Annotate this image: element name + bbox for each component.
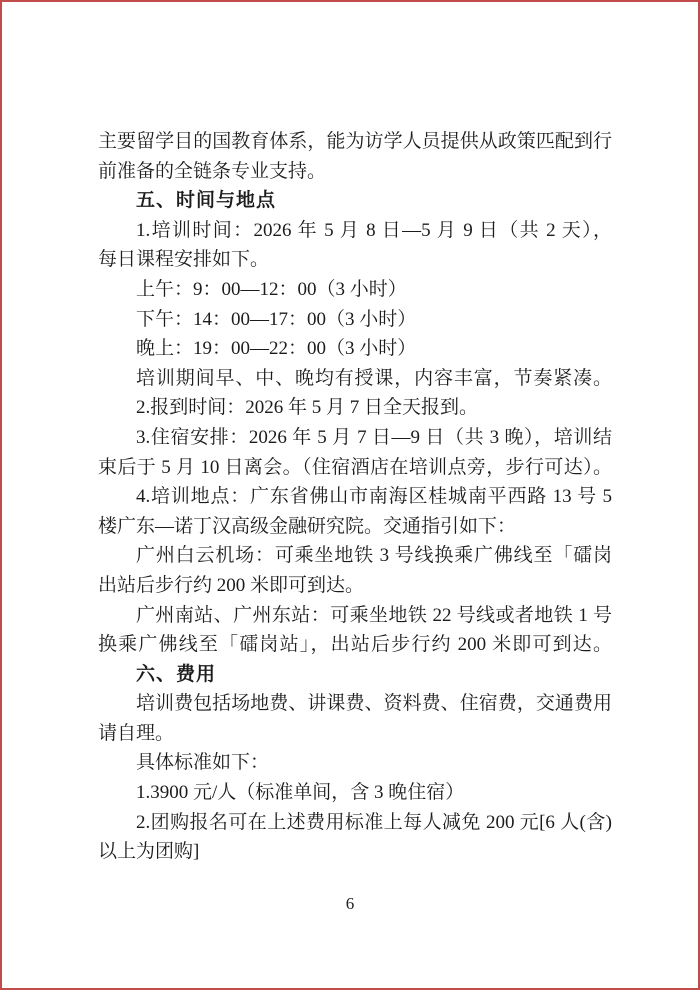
text-line: 广州南站、广州东站：可乘坐地铁 22 号线或者地铁 1 号线 [98, 601, 612, 631]
text-line: 培训期间早、中、晚均有授课，内容丰富，节奏紧凑。 [98, 364, 612, 394]
text-line: 1.3900 元/人（标准单间，含 3 晚住宿） [98, 778, 612, 808]
text-line: 出站后步行约 200 米即可到达。 [98, 571, 612, 601]
text-line: 上午：9：00—12：00（3 小时） [98, 275, 612, 305]
text-line: 4.培训地点：广东省佛山市南海区桂城南平西路 13 号 5 [98, 482, 612, 512]
text-line: 1.培训时间：2026 年 5 月 8 日—5 月 9 日（共 2 天）， [98, 216, 612, 246]
text-line: 广州白云机场：可乘坐地铁 3 号线换乘广佛线至「礌岗站」， [98, 541, 612, 571]
text-line: 主要留学目的国教育体系，能为访学人员提供从政策匹配到行 [98, 127, 612, 157]
text-line: 束后于 5 月 10 日离会。（住宿酒店在培训点旁，步行可达）。 [98, 453, 612, 483]
text-line: 晚上：19：00—22：00（3 小时） [98, 334, 612, 364]
section-heading: 六、费用 [98, 660, 612, 690]
text-line: 具体标准如下： [98, 748, 612, 778]
text-line: 每日课程安排如下。 [98, 245, 612, 275]
text-line: 培训费包括场地费、讲课费、资料费、住宿费，交通费用 [98, 689, 612, 719]
text-line: 以上为团购] [98, 837, 612, 867]
text-line: 楼广东—诺丁汉高级金融研究院。交通指引如下： [98, 512, 612, 542]
page-number: 6 [2, 894, 698, 914]
text-line: 3.住宿安排：2026 年 5 月 7 日—9 日（共 3 晚），培训结 [98, 423, 612, 453]
document-page: 主要留学目的国教育体系，能为访学人员提供从政策匹配到行前准备的全链条专业支持。五… [0, 0, 700, 990]
section-heading: 五、时间与地点 [98, 186, 612, 216]
text-line: 换乘广佛线至「礌岗站」，出站后步行约 200 米即可到达。 [98, 630, 612, 660]
text-line: 下午：14：00—17：00（3 小时） [98, 305, 612, 335]
text-line: 前准备的全链条专业支持。 [98, 157, 612, 187]
text-line: 2.报到时间：2026 年 5 月 7 日全天报到。 [98, 393, 612, 423]
document-body: 主要留学目的国教育体系，能为访学人员提供从政策匹配到行前准备的全链条专业支持。五… [98, 127, 612, 867]
text-line: 2.团购报名可在上述费用标准上每人减免 200 元[6 人(含) [98, 808, 612, 838]
text-line: 请自理。 [98, 719, 612, 749]
